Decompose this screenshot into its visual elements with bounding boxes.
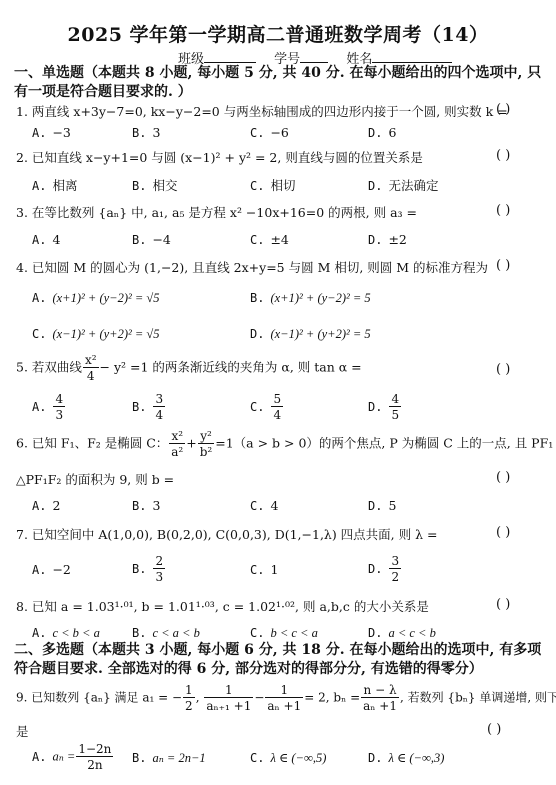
question-8: 8. 已知 a = 1.03¹·⁰¹, b = 1.01¹·⁰³, c = 1.…	[16, 597, 429, 615]
question-3: 3. 在等比数列 {aₙ} 中, a₁, a₅ 是方程 x² −10x+16=0…	[16, 203, 417, 221]
answer-blank-1[interactable]: ( )	[496, 102, 510, 117]
question-1: 1. 两直线 x+3y−7=0, kx−y−2=0 与两坐标轴围成的四边形内接于…	[16, 102, 508, 120]
q4-option-d[interactable]: D.(x−1)² + (y+2)² = 5	[250, 326, 371, 342]
q6-option-d[interactable]: D.5	[368, 498, 396, 513]
question-9: 9. 已知数列 {aₙ} 满足 a₁ = −12, 1aₙ₊₁ +1−1aₙ +…	[16, 684, 556, 712]
q9-option-c[interactable]: C.λ ∈ (−∞,5)	[250, 750, 326, 766]
q8-option-c[interactable]: C.b < c < a	[250, 625, 318, 641]
q9-option-b[interactable]: B.aₙ = 2n−1	[132, 750, 206, 766]
q5-option-b[interactable]: B.34	[132, 393, 166, 421]
answer-blank-3[interactable]: ( )	[496, 203, 510, 218]
q9-option-a[interactable]: A.aₙ =1−2n2n	[32, 743, 114, 771]
q2-option-c[interactable]: C.相切	[250, 176, 295, 194]
question-5: 5. 若双曲线x²4− y² =1 的两条渐近线的夹角为 α, 则 tan α …	[16, 354, 362, 382]
answer-blank-7[interactable]: ( )	[496, 525, 510, 540]
class-field[interactable]	[204, 50, 256, 63]
q8-option-a[interactable]: A.c < b < a	[32, 625, 100, 641]
q2-option-b[interactable]: B.相交	[132, 176, 177, 194]
q4-option-a[interactable]: A.(x+1)² + (y−2)² = √5	[32, 290, 160, 306]
question-6: 6. 已知 F₁、F₂ 是椭圆 C：x²a²+y²b²=1（a > b > 0）…	[16, 430, 556, 458]
q1-option-b[interactable]: B.3	[132, 125, 160, 140]
section-single-choice-heading: 一、单选题（本题共 8 小题, 每小题 5 分, 共 40 分. 在每小题给出的…	[14, 64, 544, 102]
q5-option-c[interactable]: C.54	[250, 393, 284, 421]
question-9-line2: 是	[16, 722, 29, 740]
q6-option-c[interactable]: C.4	[250, 498, 278, 513]
q3-option-b[interactable]: B.−4	[132, 232, 171, 247]
q7-option-b[interactable]: B.23	[132, 555, 166, 583]
question-6-line2: △PF₁F₂ 的面积为 9, 则 b =	[16, 470, 174, 488]
q1-option-c[interactable]: C.−6	[250, 125, 289, 140]
q3-option-d[interactable]: D.±2	[368, 232, 407, 247]
q1-option-d[interactable]: D.6	[368, 125, 396, 140]
question-7: 7. 已知空间中 A(1,0,0), B(0,2,0), C(0,0,3), D…	[16, 525, 437, 543]
answer-blank-4[interactable]: ( )	[496, 258, 510, 273]
q2-option-d[interactable]: D.无法确定	[368, 176, 438, 194]
student-id-field[interactable]	[300, 50, 328, 63]
answer-blank-2[interactable]: ( )	[496, 148, 510, 163]
q7-option-d[interactable]: D.32	[368, 555, 402, 583]
section-multiple-choice-heading: 二、多选题（本题共 3 小题, 每小题 6 分, 共 18 分. 在每小题给出的…	[14, 641, 544, 679]
name-field[interactable]	[372, 50, 452, 63]
q3-option-c[interactable]: C.±4	[250, 232, 289, 247]
q4-option-c[interactable]: C.(x−1)² + (y+2)² = √5	[32, 326, 160, 342]
answer-blank-8[interactable]: ( )	[496, 597, 510, 612]
q8-option-d[interactable]: D.a < c < b	[368, 625, 436, 641]
q9-option-d[interactable]: D.λ ∈ (−∞,3)	[368, 750, 444, 766]
q5-option-d[interactable]: D.45	[368, 393, 402, 421]
q6-option-b[interactable]: B.3	[132, 498, 160, 513]
q1-option-a[interactable]: A.−3	[32, 125, 71, 140]
question-4: 4. 已知圆 M 的圆心为 (1,−2), 且直线 2x+y=5 与圆 M 相切…	[16, 258, 488, 276]
fraction: x²4	[83, 354, 99, 382]
answer-blank-6[interactable]: ( )	[496, 470, 510, 485]
exam-title: 2025 学年第一学期高二普通班数学周考（14）	[0, 20, 556, 47]
answer-blank-9[interactable]: ( )	[487, 722, 501, 737]
q6-option-a[interactable]: A.2	[32, 498, 60, 513]
q5-option-a[interactable]: A.43	[32, 393, 66, 421]
q7-option-c[interactable]: C.1	[250, 562, 278, 577]
q2-option-a[interactable]: A.相离	[32, 176, 77, 194]
q4-option-b[interactable]: B.(x+1)² + (y−2)² = 5	[250, 290, 371, 306]
question-2: 2. 已知直线 x−y+1=0 与圆 (x−1)² + y² = 2, 则直线与…	[16, 148, 423, 166]
q7-option-a[interactable]: A.−2	[32, 562, 71, 577]
q8-option-b[interactable]: B.c < a < b	[132, 625, 200, 641]
answer-blank-5[interactable]: ( )	[496, 362, 510, 377]
q3-option-a[interactable]: A.4	[32, 232, 60, 247]
